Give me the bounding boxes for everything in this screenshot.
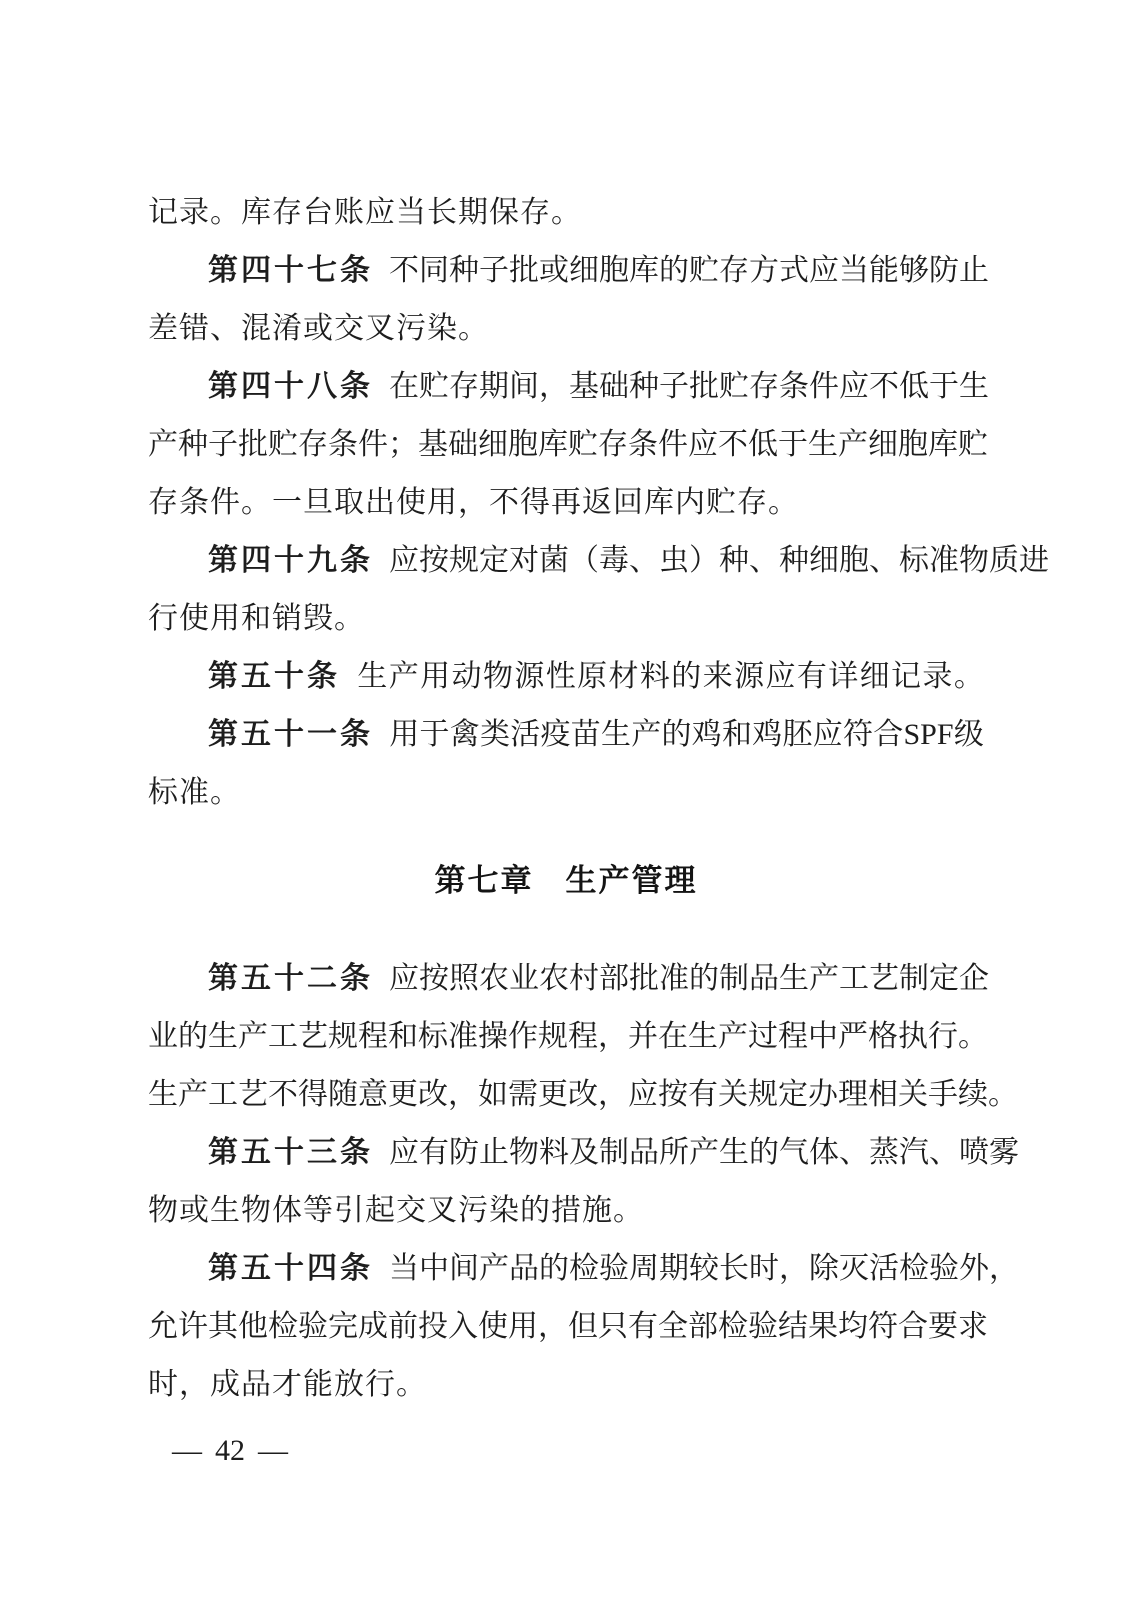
chapter-title: 生产管理 bbox=[566, 852, 698, 910]
article-number: 第五十三条 bbox=[208, 1124, 373, 1182]
text-line: 行使用和销毁。 bbox=[148, 590, 984, 648]
chapter-heading: 第七章生产管理 bbox=[148, 852, 984, 910]
article-line: 第五十条生产用动物源性原材料的来源应有详细记录。 bbox=[148, 648, 984, 706]
text-line: 记录。库存台账应当长期保存。 bbox=[148, 184, 984, 242]
article-line: 第四十七条不同种子批或细胞库的贮存方式应当能够防止 bbox=[148, 242, 984, 300]
footer-dash-right: — bbox=[258, 1422, 288, 1480]
chapter-number: 第七章 bbox=[435, 852, 534, 910]
line-text: 标准。 bbox=[148, 776, 241, 809]
text-line: 存条件。一旦取出使用，不得再返回库内贮存。 bbox=[148, 474, 984, 532]
line-text: 时，成品才能放行。 bbox=[148, 1368, 427, 1401]
article-line: 第四十九条应按规定对菌（毒、虫）种、种细胞、标准物质进 bbox=[148, 532, 984, 590]
document-body: 记录。库存台账应当长期保存。第四十七条不同种子批或细胞库的贮存方式应当能够防止差… bbox=[148, 184, 984, 1414]
line-text: 差错、混淆或交叉污染。 bbox=[148, 312, 489, 345]
text-line: 标准。 bbox=[148, 764, 984, 822]
line-text: 物或生物体等引起交叉污染的措施。 bbox=[148, 1194, 644, 1227]
article-line: 第五十一条用于禽类活疫苗生产的鸡和鸡胚应符合SPF级 bbox=[148, 706, 984, 764]
article-number: 第四十七条 bbox=[208, 242, 373, 300]
line-text: 记录。库存台账应当长期保存。 bbox=[148, 196, 582, 229]
text-line: 差错、混淆或交叉污染。 bbox=[148, 300, 984, 358]
text-line: 时，成品才能放行。 bbox=[148, 1356, 984, 1414]
article-number: 第四十八条 bbox=[208, 358, 373, 416]
article-number: 第五十一条 bbox=[208, 706, 373, 764]
footer-dash-left: — bbox=[172, 1422, 202, 1480]
page-number: 42 bbox=[215, 1422, 245, 1480]
line-text: 存条件。一旦取出使用，不得再返回库内贮存。 bbox=[148, 486, 799, 519]
text-line: 允许其他检验完成前投入使用，但只有全部检验结果均符合要求 bbox=[148, 1298, 984, 1356]
article-number: 第五十四条 bbox=[208, 1240, 373, 1298]
document-page: 记录。库存台账应当长期保存。第四十七条不同种子批或细胞库的贮存方式应当能够防止差… bbox=[0, 0, 1131, 1600]
article-line: 第四十八条在贮存期间，基础种子批贮存条件应不低于生 bbox=[148, 358, 984, 416]
article-line: 第五十二条应按照农业农村部批准的制品生产工艺制定企 bbox=[148, 950, 984, 1008]
page-footer: — 42 — bbox=[172, 1422, 288, 1480]
text-line: 物或生物体等引起交叉污染的措施。 bbox=[148, 1182, 984, 1240]
article-number: 第四十九条 bbox=[208, 532, 373, 590]
text-line: 生产工艺不得随意更改，如需更改，应按有关规定办理相关手续。 bbox=[148, 1066, 984, 1124]
text-line: 业的生产工艺规程和标准操作规程，并在生产过程中严格执行。 bbox=[148, 1008, 984, 1066]
text-line: 产种子批贮存条件；基础细胞库贮存条件应不低于生产细胞库贮 bbox=[148, 416, 984, 474]
article-line: 第五十三条应有防止物料及制品所产生的气体、蒸汽、喷雾 bbox=[148, 1124, 984, 1182]
article-line: 第五十四条当中间产品的检验周期较长时，除灭活检验外， bbox=[148, 1240, 984, 1298]
article-number: 第五十条 bbox=[208, 648, 340, 706]
article-number: 第五十二条 bbox=[208, 950, 373, 1008]
line-text: 行使用和销毁。 bbox=[148, 602, 365, 635]
